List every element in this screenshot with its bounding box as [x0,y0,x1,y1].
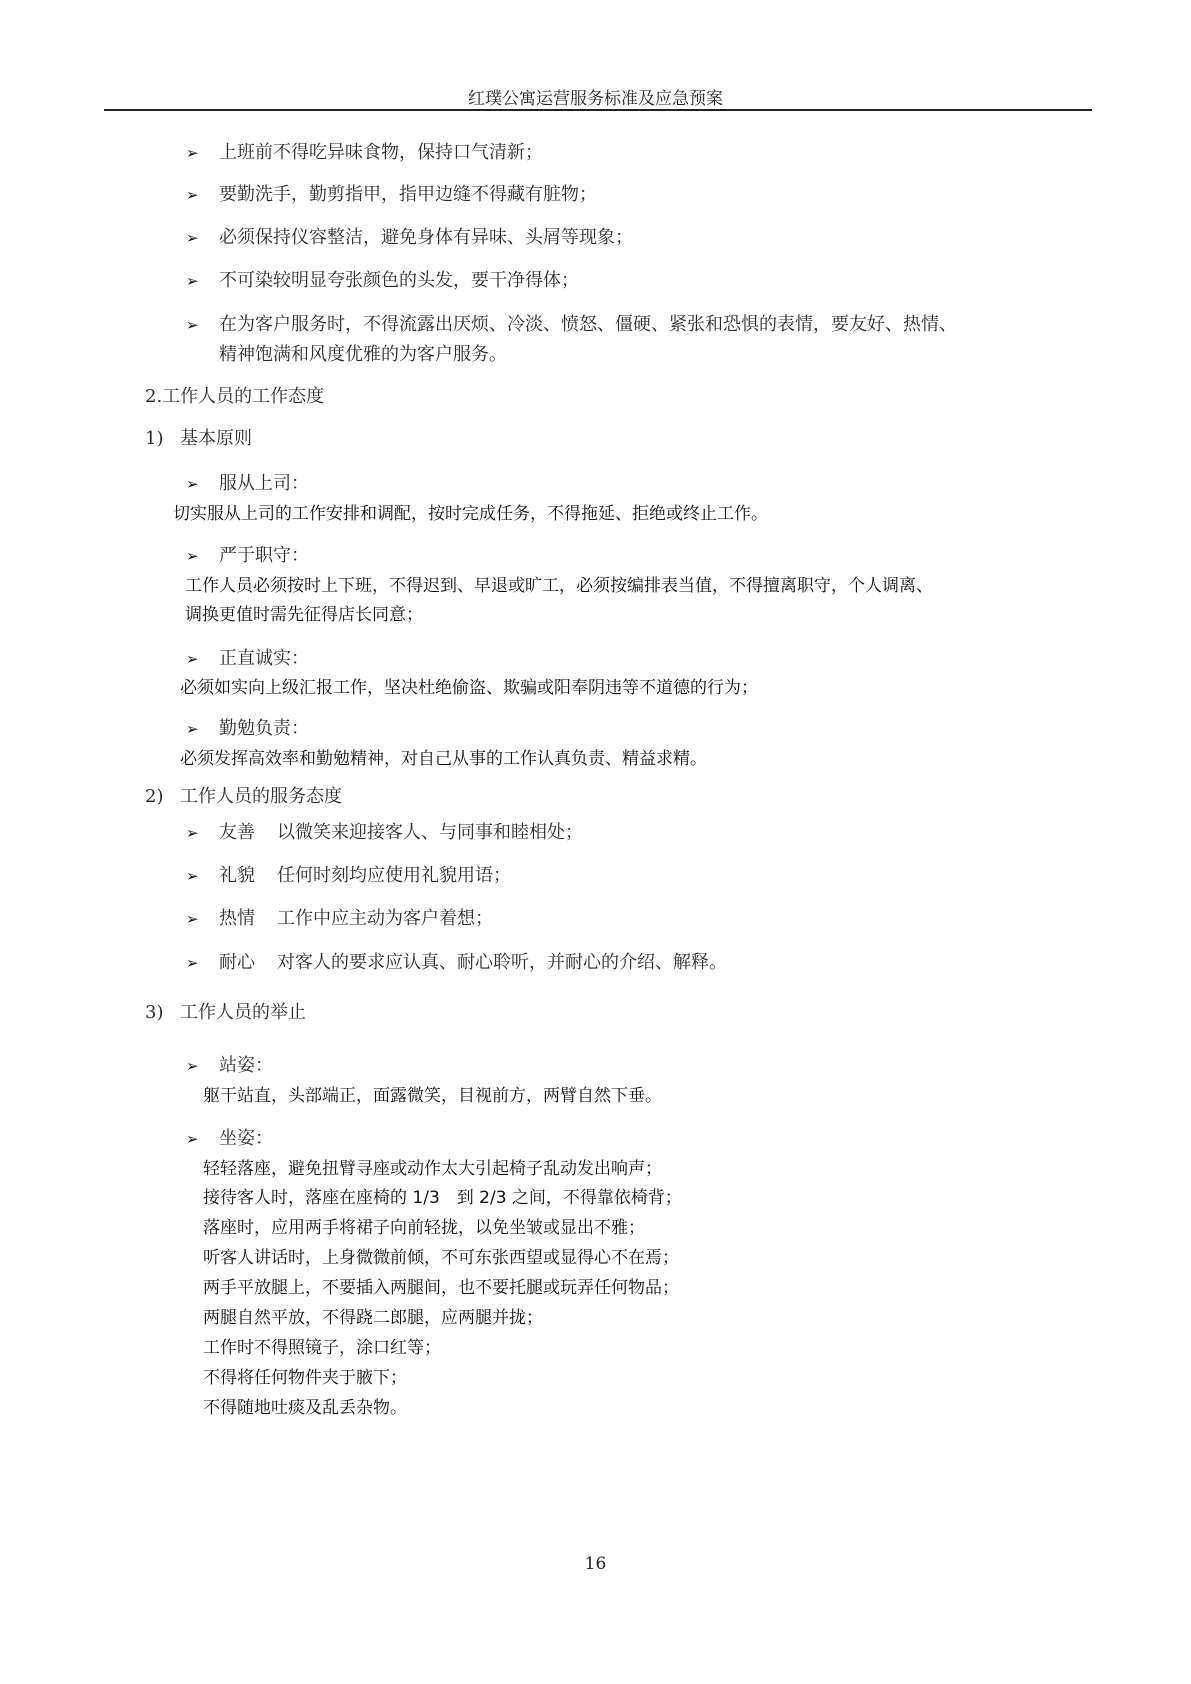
sitting-label: 坐姿： [219,1128,273,1150]
attitude-item: 热情工作中应主动为客户着想； [219,908,493,930]
bullet-arrow-icon: ➢ [186,952,199,974]
sitting-rule: 听客人讲话时，上身微微前倾，不可东张西望或显得心不在焉； [203,1247,679,1269]
bullet-arrow-icon: ➢ [186,270,199,292]
principle-label: 严于职守： [219,545,309,567]
bullet-arrow-icon: ➢ [186,545,199,567]
header-divider [104,109,1092,111]
bullet-arrow-icon: ➢ [186,473,199,495]
principle-desc: 必须如实向上级汇报工作，坚决杜绝偷盗、欺骗或阳奉阴违等不道德的行为； [180,677,758,699]
bullet-arrow-icon: ➢ [186,648,199,670]
attitude-label: 耐心 [219,952,255,973]
standing-desc: 躯干站直，头部端正，面露微笑，目视前方，两臂自然下垂。 [203,1085,662,1107]
sitting-rule: 工作时不得照镜子，涂口红等； [203,1337,441,1359]
list-item: 上班前不得吃异味食物，保持口气清新； [219,142,543,164]
list-item-continuation: 精神饱满和风度优雅的为客户服务。 [219,344,507,366]
sitting-rule: 两腿自然平放，不得跷二郎腿，应两腿并拢； [203,1307,543,1329]
subsection-number: 2) [145,786,163,808]
list-item: 必须保持仪容整洁，避免身体有异味、头屑等现象； [219,227,633,249]
sitting-rule: 不得随地吐痰及乱丢杂物。 [203,1397,407,1419]
list-item: 不可染较明显夸张颜色的头发，要干净得体； [219,270,579,292]
attitude-label: 友善 [219,822,255,843]
subsection-title: 基本原则 [180,428,252,450]
attitude-label: 热情 [219,908,255,929]
principle-desc: 工作人员必须按时上下班，不得迟到、早退或旷工，必须按编排表当值，不得擅离职守，个… [185,575,933,597]
bullet-arrow-icon: ➢ [186,227,199,249]
sitting-rule: 接待客人时，落座在座椅的 1/3 到 2/3 之间，不得靠依椅背； [203,1187,682,1209]
attitude-desc: 任何时刻均应使用礼貌用语； [277,865,511,886]
bullet-arrow-icon: ➢ [186,908,199,930]
principle-label: 勤勉负责： [219,718,309,740]
principle-desc: 必须发挥高效率和勤勉精神，对自己从事的工作认真负责、精益求精。 [180,748,707,770]
subsection-number: 1) [145,428,163,450]
sitting-rule: 两手平放腿上，不要插入两腿间，也不要托腿或玩弄任何物品； [203,1277,679,1299]
attitude-item: 友善以微笑来迎接客人、与同事和睦相处； [219,822,583,844]
standing-label: 站姿： [219,1055,273,1077]
subsection-number: 3) [145,1002,163,1024]
sitting-rule: 轻轻落座，避免扭臂寻座或动作太大引起椅子乱动发出响声； [203,1158,662,1180]
principle-label: 服从上司： [219,473,309,495]
principle-label: 正直诚实： [219,648,309,670]
list-item: 要勤洗手，勤剪指甲，指甲边缝不得藏有脏物； [219,184,597,206]
bullet-arrow-icon: ➢ [186,142,199,164]
principle-desc: 切实服从上司的工作安排和调配，按时完成任务，不得拖延、拒绝或终止工作。 [173,503,768,525]
bullet-arrow-icon: ➢ [186,1055,199,1077]
section-title: 2.工作人员的工作态度 [145,386,324,408]
bullet-arrow-icon: ➢ [186,184,199,206]
attitude-item: 礼貌任何时刻均应使用礼貌用语； [219,865,511,887]
document-title: 红璞公寓运营服务标准及应急预案 [0,84,1191,109]
page-number: 16 [0,1554,1191,1574]
bullet-arrow-icon: ➢ [186,718,199,740]
subsection-title: 工作人员的举止 [180,1002,306,1024]
bullet-arrow-icon: ➢ [186,822,199,844]
attitude-desc: 工作中应主动为客户着想； [277,908,493,929]
attitude-desc: 对客人的要求应认真、耐心聆听，并耐心的介绍、解释。 [277,952,727,973]
bullet-arrow-icon: ➢ [186,314,199,336]
attitude-item: 耐心对客人的要求应认真、耐心聆听，并耐心的介绍、解释。 [219,952,727,974]
sitting-rule: 不得将任何物件夹于腋下； [203,1367,407,1389]
attitude-label: 礼貌 [219,865,255,886]
attitude-desc: 以微笑来迎接客人、与同事和睦相处； [277,822,583,843]
bullet-arrow-icon: ➢ [186,865,199,887]
bullet-arrow-icon: ➢ [186,1128,199,1150]
sitting-rule: 落座时，应用两手将裙子向前轻拢，以免坐皱或显出不雅； [203,1217,645,1239]
subsection-title: 工作人员的服务态度 [180,786,342,808]
principle-desc: 调换更值时需先征得店长同意； [185,604,423,626]
list-item: 在为客户服务时，不得流露出厌烦、冷淡、愤怒、僵硬、紧张和恐惧的表情，要友好、热情… [219,314,957,336]
